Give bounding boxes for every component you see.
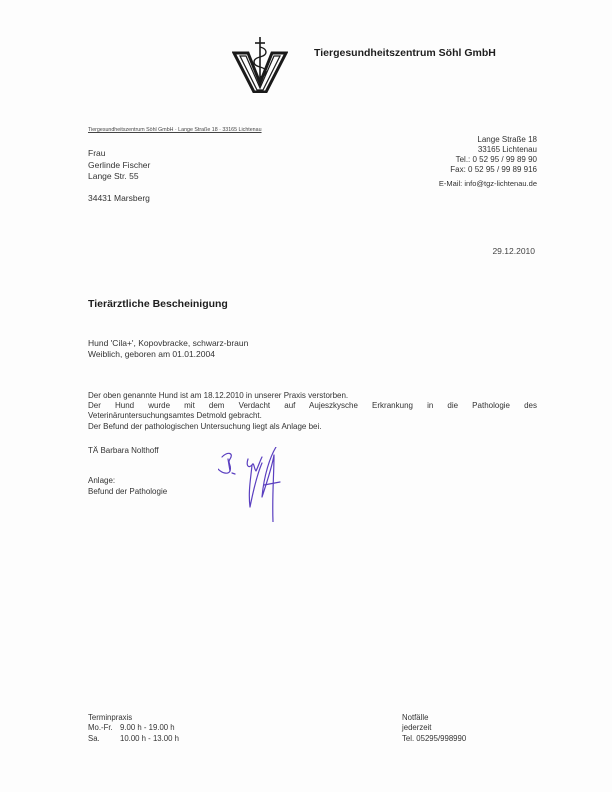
- recipient-name: Gerlinde Fischer: [88, 160, 150, 172]
- hours-days: Mo.-Fr.: [88, 723, 120, 733]
- opening-hours: Terminpraxis Mo.-Fr.9.00 h - 19.00 h Sa.…: [88, 713, 179, 744]
- emergency-phone: Tel. 05295/998990: [402, 734, 466, 744]
- emergency-info: Notfälle jederzeit Tel. 05295/998990: [402, 713, 466, 744]
- opening-hours-title: Terminpraxis: [88, 713, 179, 723]
- letter-date: 29.12.2010: [492, 246, 535, 256]
- body-line: Der Befund der pathologischen Untersuchu…: [88, 422, 537, 432]
- sender-return-address: Tiergesundheitszentrum Söhl GmbH · Lange…: [88, 127, 262, 133]
- contact-phone: Tel.: 0 52 95 / 99 89 90: [439, 155, 537, 165]
- body-line: Der oben genannte Hund ist am 18.12.2010…: [88, 391, 537, 401]
- contact-fax: Fax: 0 52 95 / 99 89 916: [439, 165, 537, 175]
- attachment-item: Befund der Pathologie: [88, 487, 167, 498]
- contact-street: Lange Straße 18: [439, 135, 537, 145]
- hours-days: Sa.: [88, 734, 120, 744]
- animal-info: Hund 'Cila+', Kopovbracke, schwarz-braun…: [88, 338, 248, 359]
- recipient-address: Frau Gerlinde Fischer Lange Str. 55 3443…: [88, 148, 150, 204]
- hours-time: 9.00 h - 19.00 h: [120, 723, 175, 732]
- recipient-salutation: Frau: [88, 148, 150, 160]
- document-title: Tierärztliche Bescheinigung: [88, 298, 228, 310]
- contact-block: Lange Straße 18 33165 Lichtenau Tel.: 0 …: [439, 135, 537, 189]
- recipient-street: Lange Str. 55: [88, 171, 150, 183]
- attachment-label: Anlage:: [88, 476, 167, 487]
- body-line: Veterinäruntersuchungsamtes Detmold gebr…: [88, 411, 537, 421]
- certificate-body: Der oben genannte Hund ist am 18.12.2010…: [88, 391, 537, 432]
- hours-row: Mo.-Fr.9.00 h - 19.00 h: [88, 723, 179, 733]
- company-name: Tiergesundheitszentrum Söhl GmbH: [314, 47, 496, 59]
- emergency-title: Notfälle: [402, 713, 466, 723]
- hours-row: Sa.10.00 h - 13.00 h: [88, 734, 179, 744]
- handwritten-signature: [218, 447, 308, 522]
- veterinary-v-caduceus-icon: [232, 35, 288, 93]
- recipient-city: 34431 Marsberg: [88, 193, 150, 205]
- body-line: Der Hund wurde mit dem Verdacht auf Auje…: [88, 401, 537, 411]
- contact-email: E-Mail: info@tgz-lichtenau.de: [439, 179, 537, 189]
- emergency-availability: jederzeit: [402, 723, 466, 733]
- contact-city: 33165 Lichtenau: [439, 145, 537, 155]
- animal-description: Hund 'Cila+', Kopovbracke, schwarz-braun: [88, 338, 248, 349]
- animal-sex-birthdate: Weiblich, geboren am 01.01.2004: [88, 349, 248, 360]
- veterinarian-name: TÄ Barbara Nolthoff: [88, 446, 159, 455]
- attachment-block: Anlage: Befund der Pathologie: [88, 476, 167, 497]
- hours-time: 10.00 h - 13.00 h: [120, 734, 179, 743]
